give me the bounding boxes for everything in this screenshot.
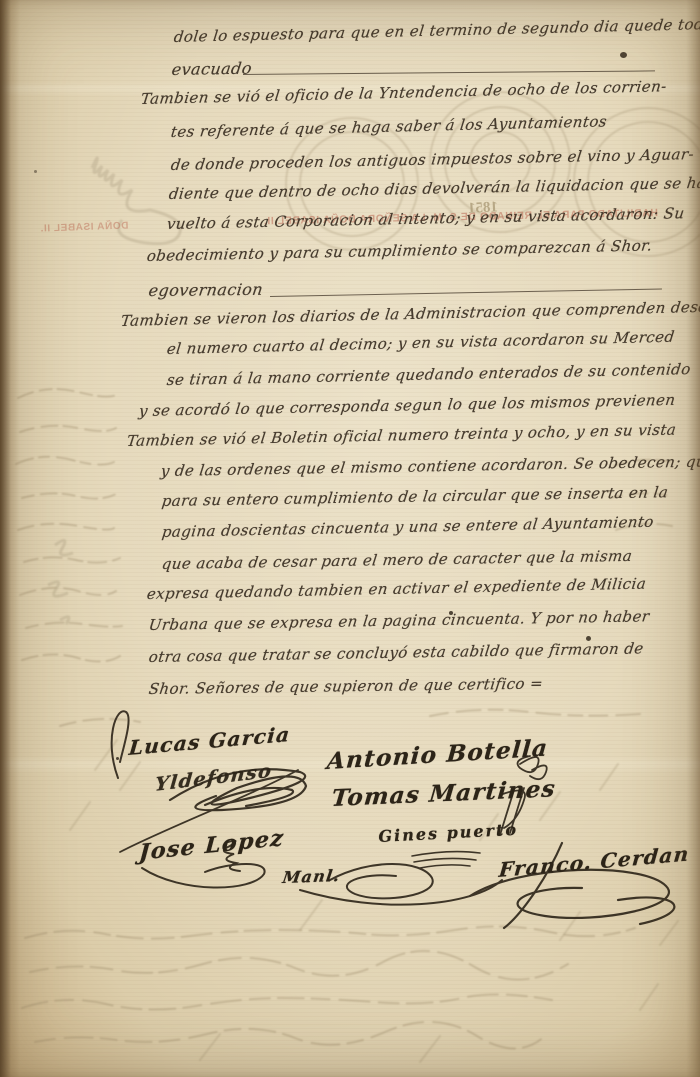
manuscript-line: Urbana que se expresa en la pagina cincu…: [148, 607, 651, 634]
ink-rule: [270, 288, 662, 297]
ink-rule: [243, 70, 655, 75]
manuscript-line: otra cosa que tratar se concluyó esta ca…: [148, 639, 645, 666]
manuscript-line: que acaba de cesar para el mero de carac…: [161, 547, 633, 573]
signature-jose-lopez: Jose Lopez: [138, 825, 285, 866]
page-right-edge: [686, 0, 700, 1077]
manuscript-line: Tambien se vieron los diarios de la Admi…: [120, 297, 700, 330]
manuscript-line: obedecimiento y para su cumplimiento se …: [146, 236, 654, 265]
manuscript-line: diente que dentro de ocho dias devolverá…: [168, 174, 700, 203]
signature-gines-puerto: Gines puerto: [378, 820, 518, 846]
ink-speck: [34, 170, 37, 173]
gines-underline-flourish: [412, 852, 480, 868]
ink-speck: [586, 636, 591, 641]
manuscript-line: evacuado: [171, 59, 253, 79]
signature-tomas-martines: Tomas Martines: [330, 775, 557, 812]
manuscript-line: Tambien se vió el Boletin oficial numero…: [126, 421, 677, 450]
manuscript-line: y de las ordenes que el mismo contiene a…: [160, 452, 700, 480]
manuscript-line: de donde proceden los antiguos impuestos…: [170, 145, 695, 174]
manuscript-line: expresa quedando tambien en activar el e…: [146, 575, 647, 603]
binding-edge: [0, 0, 20, 1077]
manuscript-line: se tiran á la mano corriente quedando en…: [166, 360, 692, 389]
manuscript-page: HABILITADO PARA EL REINADO DE S. M. LA S…: [0, 0, 700, 1077]
manuscript-line: egovernacion: [148, 280, 265, 300]
ink-speck: [116, 757, 119, 760]
signature-francisco-cerdan: Franco. Cerdan: [498, 842, 691, 882]
manuscript-line: Tambien se vió el oficio de la Yntendenc…: [140, 77, 668, 108]
manuscript-line: el numero cuarto al decimo; y en su vist…: [166, 328, 676, 358]
signature-lucas-garcia: Lucas Garcia: [128, 722, 292, 760]
manuscript-line: pagina doscientas cincuenta y una se ent…: [161, 513, 655, 541]
signature-manuel-rubric: Manl.: [281, 866, 341, 887]
manuscript-line: tes referente á que se haga saber á los …: [170, 112, 608, 141]
ink-speck: [620, 52, 627, 58]
manuscript-line: dole lo espuesto para que en el termino …: [173, 15, 700, 46]
ink-speck: [449, 611, 453, 615]
signature-antonio-botella: Antonio Botella: [326, 735, 549, 775]
manuscript-line: y se acordó lo que corresponda segun lo …: [138, 391, 677, 420]
signature-yldefonso-rubric: Yldefonso: [154, 760, 273, 796]
lucas-lead-stroke: [112, 711, 129, 778]
manuscript-line: Shor. Señores de que supieron de que cer…: [148, 675, 545, 698]
manuscript-line: vuelto á esta Corporacion al intento; y …: [166, 204, 686, 233]
manuscript-line: para su entero cumplimiento de la circul…: [161, 483, 670, 510]
stamp-showthrough-fragment: DOÑA ISABEL II.: [40, 220, 129, 234]
